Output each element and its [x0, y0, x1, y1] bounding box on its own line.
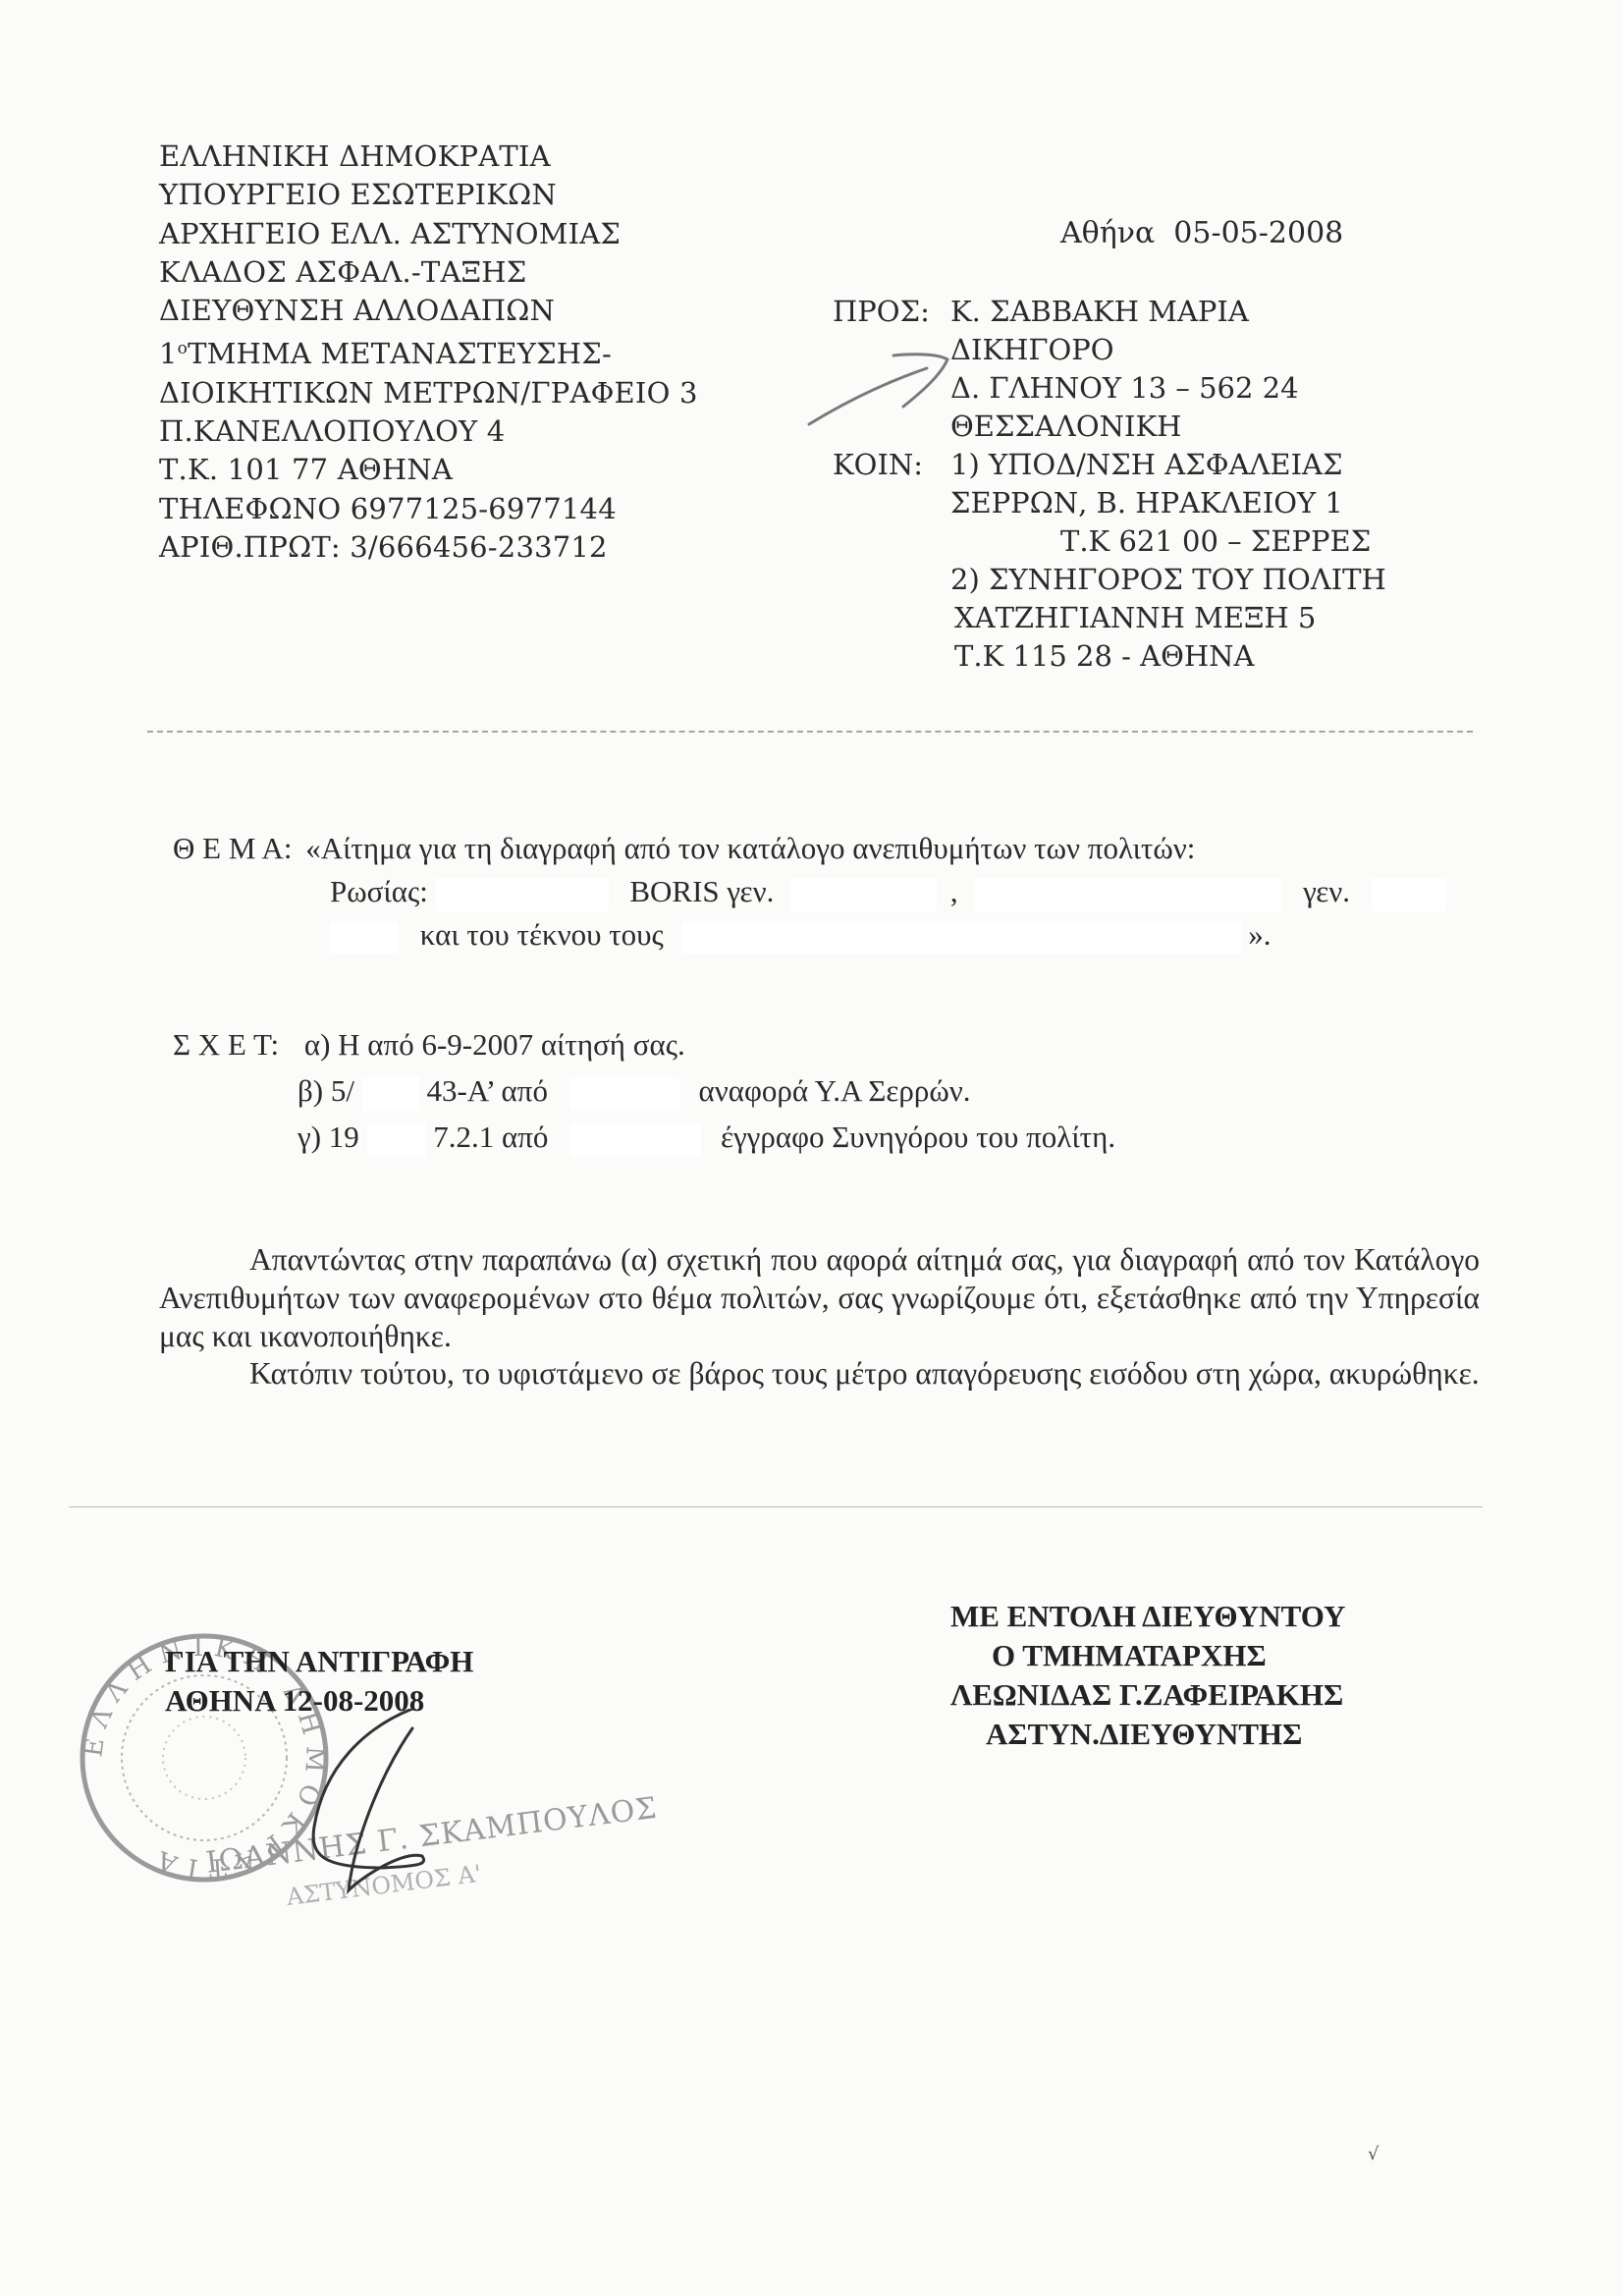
header-line: Τ.Κ. 101 77 ΑΘΗΝΑ — [159, 451, 698, 489]
letter-date: Αθήνα 05-05-2008 — [1060, 216, 1343, 250]
handwritten-arrow-icon — [805, 324, 962, 432]
redacted-block — [975, 878, 1281, 911]
reference-suffix: έγγραφο Συνηγόρου του πολίτη. — [721, 1120, 1115, 1154]
copy-to-line: ΧΑΤΖΗΓΙΑΝΝΗ ΜΕΞΗ 5 — [833, 599, 1386, 637]
redacted-block — [1372, 878, 1446, 911]
sender-header: ΕΛΛΗΝΙΚΗ ΔΗΜΟΚΡΑΤΙΑ ΥΠΟΥΡΓΕΙΟ ΕΣΩΤΕΡΙΚΩΝ… — [159, 137, 698, 567]
reference-row: Σ Χ Ε Τ: α) Η από 6-9-2007 αίτησή σας. — [173, 1021, 1115, 1067]
redacted-block — [367, 1123, 426, 1157]
recipient-name: Κ. ΣΑΒΒΑΚΗ ΜΑΡΙΑ — [950, 293, 1249, 331]
subject-country: Ρωσίας: — [330, 874, 428, 908]
signature-line: ΛΕΩΝΙΔΑΣ Γ.ΖΑΦΕΙΡΑΚΗΣ — [950, 1675, 1345, 1715]
copy-to-line: ΣΕΡΡΩΝ, Β. ΗΡΑΚΛΕΙΟΥ 1 — [833, 484, 1386, 522]
redacted-block — [569, 1123, 701, 1157]
reference-row: γ) 19 7.2.1 από έγγραφο Συνηγόρου του πο… — [173, 1114, 1115, 1160]
subject-child: και του τέκνου τους — [420, 917, 664, 952]
reference-suffix: αναφορά Υ.Α Σερρών. — [698, 1073, 970, 1108]
reference-mid: 7.2.1 από — [433, 1120, 548, 1154]
header-line: ΚΛΑΔΟΣ ΑΣΦΑΛ.-ΤΑΞΗΣ — [159, 253, 698, 292]
body-paragraph: Κατόπιν τούτου, το υφιστάμενο σε βάρος τ… — [159, 1355, 1480, 1394]
header-line: ΔΙΕΥΘΥΝΣΗ ΑΛΛΟΔΑΠΩΝ — [159, 292, 698, 330]
redacted-block — [436, 878, 609, 911]
certified-copy-title: ΓΙΑ ΤΗΝ ΑΝΤΙΓΡΑΦΗ — [165, 1642, 473, 1681]
body-paragraph: Απαντώντας στην παραπάνω (α) σχετική που… — [159, 1241, 1480, 1355]
redacted-block — [362, 1077, 419, 1111]
reference-prefix: β) 5/ — [298, 1073, 354, 1108]
handwritten-signature-icon — [255, 1709, 452, 1905]
subject-label: Θ Ε Μ Α: — [173, 831, 292, 865]
references-block: Σ Χ Ε Τ: α) Η από 6-9-2007 αίτησή σας. β… — [173, 1021, 1115, 1160]
signature-line: ΑΣΤΥΝ.ΔΙΕΥΘΥΝΤΗΣ — [950, 1715, 1345, 1754]
subject-close: ». — [1248, 917, 1271, 952]
header-line: ΑΡΧΗΓΕΙΟ ΕΛΛ. ΑΣΤΥΝΟΜΙΑΣ — [159, 215, 698, 253]
redacted-block — [569, 1077, 679, 1111]
subject-person: BORIS γεν. — [629, 874, 774, 908]
header-line: Π.ΚΑΝΕΛΛΟΠΟΥΛΟΥ 4 — [159, 412, 698, 451]
separator-line — [69, 1506, 1483, 1507]
redacted-block — [681, 921, 1241, 955]
copy-to-row: ΚΟΙΝ: 1) ΥΠΟΔ/ΝΣΗ ΑΣΦΑΛΕΙΑΣ — [833, 446, 1386, 484]
header-line: ΤΗΛΕΦΩΝΟ 6977125-6977144 — [159, 490, 698, 528]
reference-prefix: γ) 19 — [298, 1120, 359, 1154]
redacted-block — [330, 921, 399, 955]
separator-line — [147, 731, 1473, 733]
subject-row-3: και του τέκνου τους ». — [173, 913, 1446, 957]
subject-text: «Αίτημα για τη διαγραφή από τον κατάλογο… — [305, 831, 1195, 865]
signature-line: ΜΕ ΕΝΤΟΛΗ ΔΙΕΥΘΥΝΤΟΥ — [950, 1597, 1345, 1636]
header-line: ΕΛΛΗΝΙΚΗ ΔΗΜΟΚΡΑΤΙΑ — [159, 137, 698, 176]
copy-to-label: ΚΟΙΝ: — [833, 446, 950, 484]
reference-mid: 43-Α’ από — [426, 1073, 547, 1108]
letter-body: Απαντώντας στην παραπάνω (α) σχετική που… — [159, 1241, 1480, 1394]
subject-comma: , — [950, 874, 958, 908]
subject-block: Θ Ε Μ Α: «Αίτημα για τη διαγραφή από τον… — [173, 827, 1446, 957]
subject-born: γεν. — [1303, 874, 1350, 908]
signature-block: ΜΕ ΕΝΤΟΛΗ ΔΙΕΥΘΥΝΤΟΥ Ο ΤΜΗΜΑΤΑΡΧΗΣ ΛΕΩΝΙ… — [950, 1597, 1345, 1754]
corner-check-mark: √ — [1368, 2144, 1379, 2164]
copy-to-line: Τ.Κ 621 00 – ΣΕΡΡΕΣ — [833, 522, 1386, 561]
signature-line: Ο ΤΜΗΜΑΤΑΡΧΗΣ — [950, 1636, 1345, 1675]
subject-row-2: Ρωσίας: BORIS γεν. , γεν. — [173, 870, 1446, 913]
copy-to-line: Τ.Κ 115 28 - ΑΘΗΝΑ — [833, 637, 1386, 676]
header-line-department: 1οΤΜΗΜΑ ΜΕΤΑΝΑΣΤΕΥΣΗΣ- — [159, 330, 698, 373]
header-line: ΔΙΟΙΚΗΤΙΚΩΝ ΜΕΤΡΩΝ/ΓΡΑΦΕΙΟ 3 — [159, 374, 698, 412]
reference-row: β) 5/ 43-Α’ από αναφορά Υ.Α Σερρών. — [173, 1067, 1115, 1114]
header-line: ΥΠΟΥΡΓΕΙΟ ΕΣΩΤΕΡΙΚΩΝ — [159, 176, 698, 214]
reference-item: α) Η από 6-9-2007 αίτησή σας. — [304, 1027, 685, 1062]
references-label: Σ Χ Ε Τ: — [173, 1027, 279, 1062]
copy-to-line: 2) ΣΥΝΗΓΟΡΟΣ ΤΟΥ ΠΟΛΙΤΗ — [833, 561, 1386, 599]
copy-to-line: 1) ΥΠΟΔ/ΝΣΗ ΑΣΦΑΛΕΙΑΣ — [950, 446, 1342, 484]
subject-row-1: Θ Ε Μ Α: «Αίτημα για τη διαγραφή από τον… — [173, 827, 1446, 870]
protocol-number: ΑΡΙΘ.ΠΡΩΤ: 3/666456-233712 — [159, 528, 698, 567]
redacted-block — [789, 878, 937, 911]
